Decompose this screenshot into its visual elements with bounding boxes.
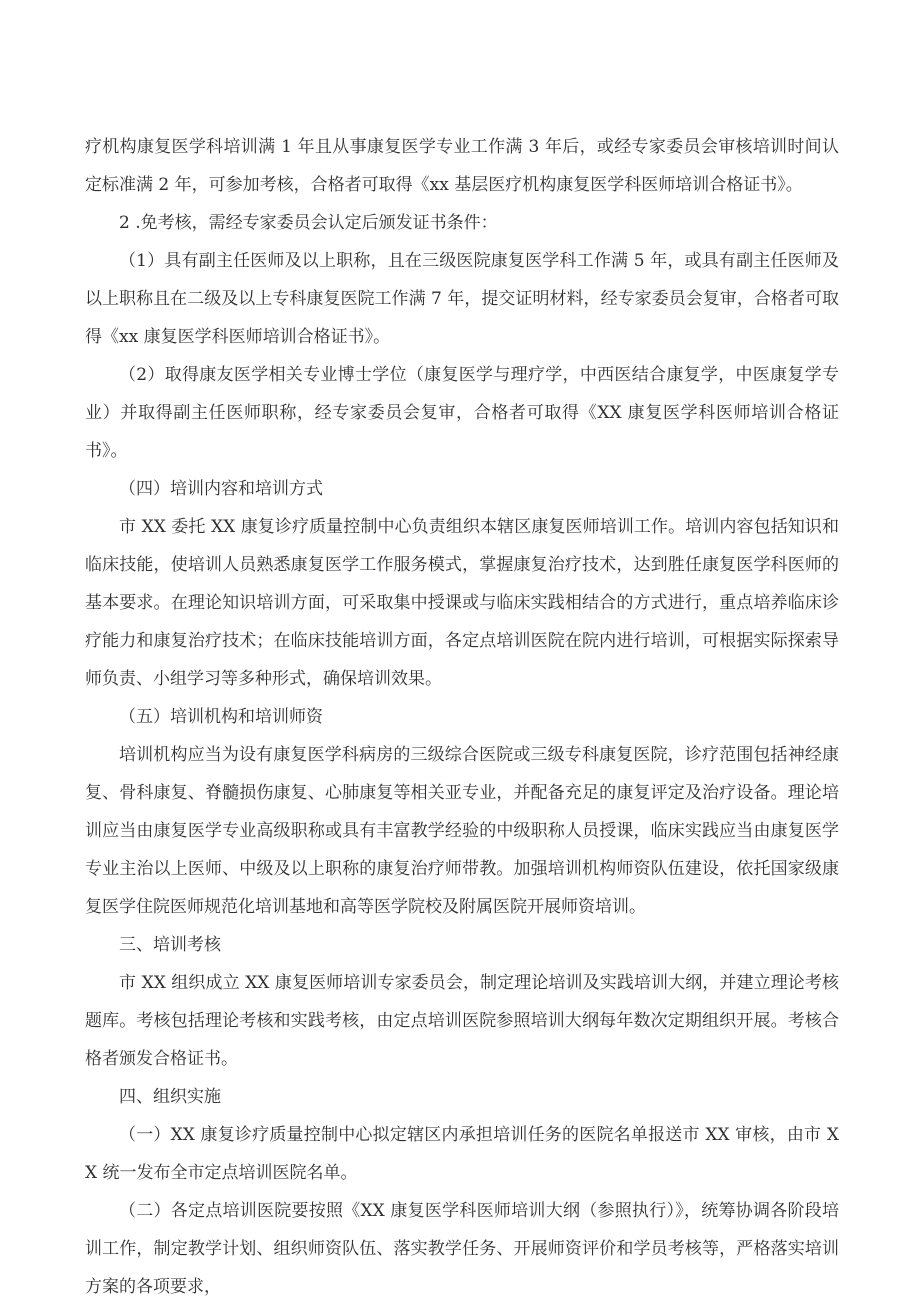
subclause-1: （1）具有副主任医师及以上职称，且在三级医院康复医学科工作满 5 年，或具有副主…	[85, 242, 839, 356]
document-page: 疗机构康复医学科培训满 1 年且从事康复医学专业工作满 3 年后，或经专家委员会…	[0, 0, 920, 1301]
paragraph-hospital-list: （一）XX 康复诊疗质量控制中心拟定辖区内承担培训任务的医院名单报送市 XX 审…	[85, 1116, 839, 1192]
paragraph-training-institutions: 培训机构应当为设有康复医学科病房的三级综合医院或三级专科康复医院，诊疗范围包括神…	[85, 736, 839, 926]
document-body-text: 疗机构康复医学科培训满 1 年且从事康复医学专业工作满 3 年后，或经专家委员会…	[85, 128, 839, 1301]
heading-organization: 四、组织实施	[85, 1078, 839, 1116]
subclause-2: （2）取得康友医学相关专业博士学位（康复医学与理疗学，中西医结合康复学，中医康复…	[85, 356, 839, 470]
paragraph-continuation: 疗机构康复医学科培训满 1 年且从事康复医学专业工作满 3 年后，或经专家委员会…	[85, 128, 839, 204]
clause-2-exemption: 2 .免考核，需经专家委员会认定后颁发证书条件：	[85, 204, 839, 242]
paragraph-training-content: 市 XX 委托 XX 康复诊疗质量控制中心负责组织本辖区康复医师培训工作。培训内…	[85, 508, 839, 698]
paragraph-training-outline: （二）各定点培训医院要按照《XX 康复医学科医师培训大纲（参照执行）》，统筹协调…	[85, 1192, 839, 1301]
heading-training-content: （四）培训内容和培训方式	[85, 470, 839, 508]
paragraph-training-assessment: 市 XX 组织成立 XX 康复医师培训专家委员会，制定理论培训及实践培训大纲，并…	[85, 964, 839, 1078]
heading-training-institutions: （五）培训机构和培训师资	[85, 698, 839, 736]
heading-training-assessment: 三、培训考核	[85, 926, 839, 964]
